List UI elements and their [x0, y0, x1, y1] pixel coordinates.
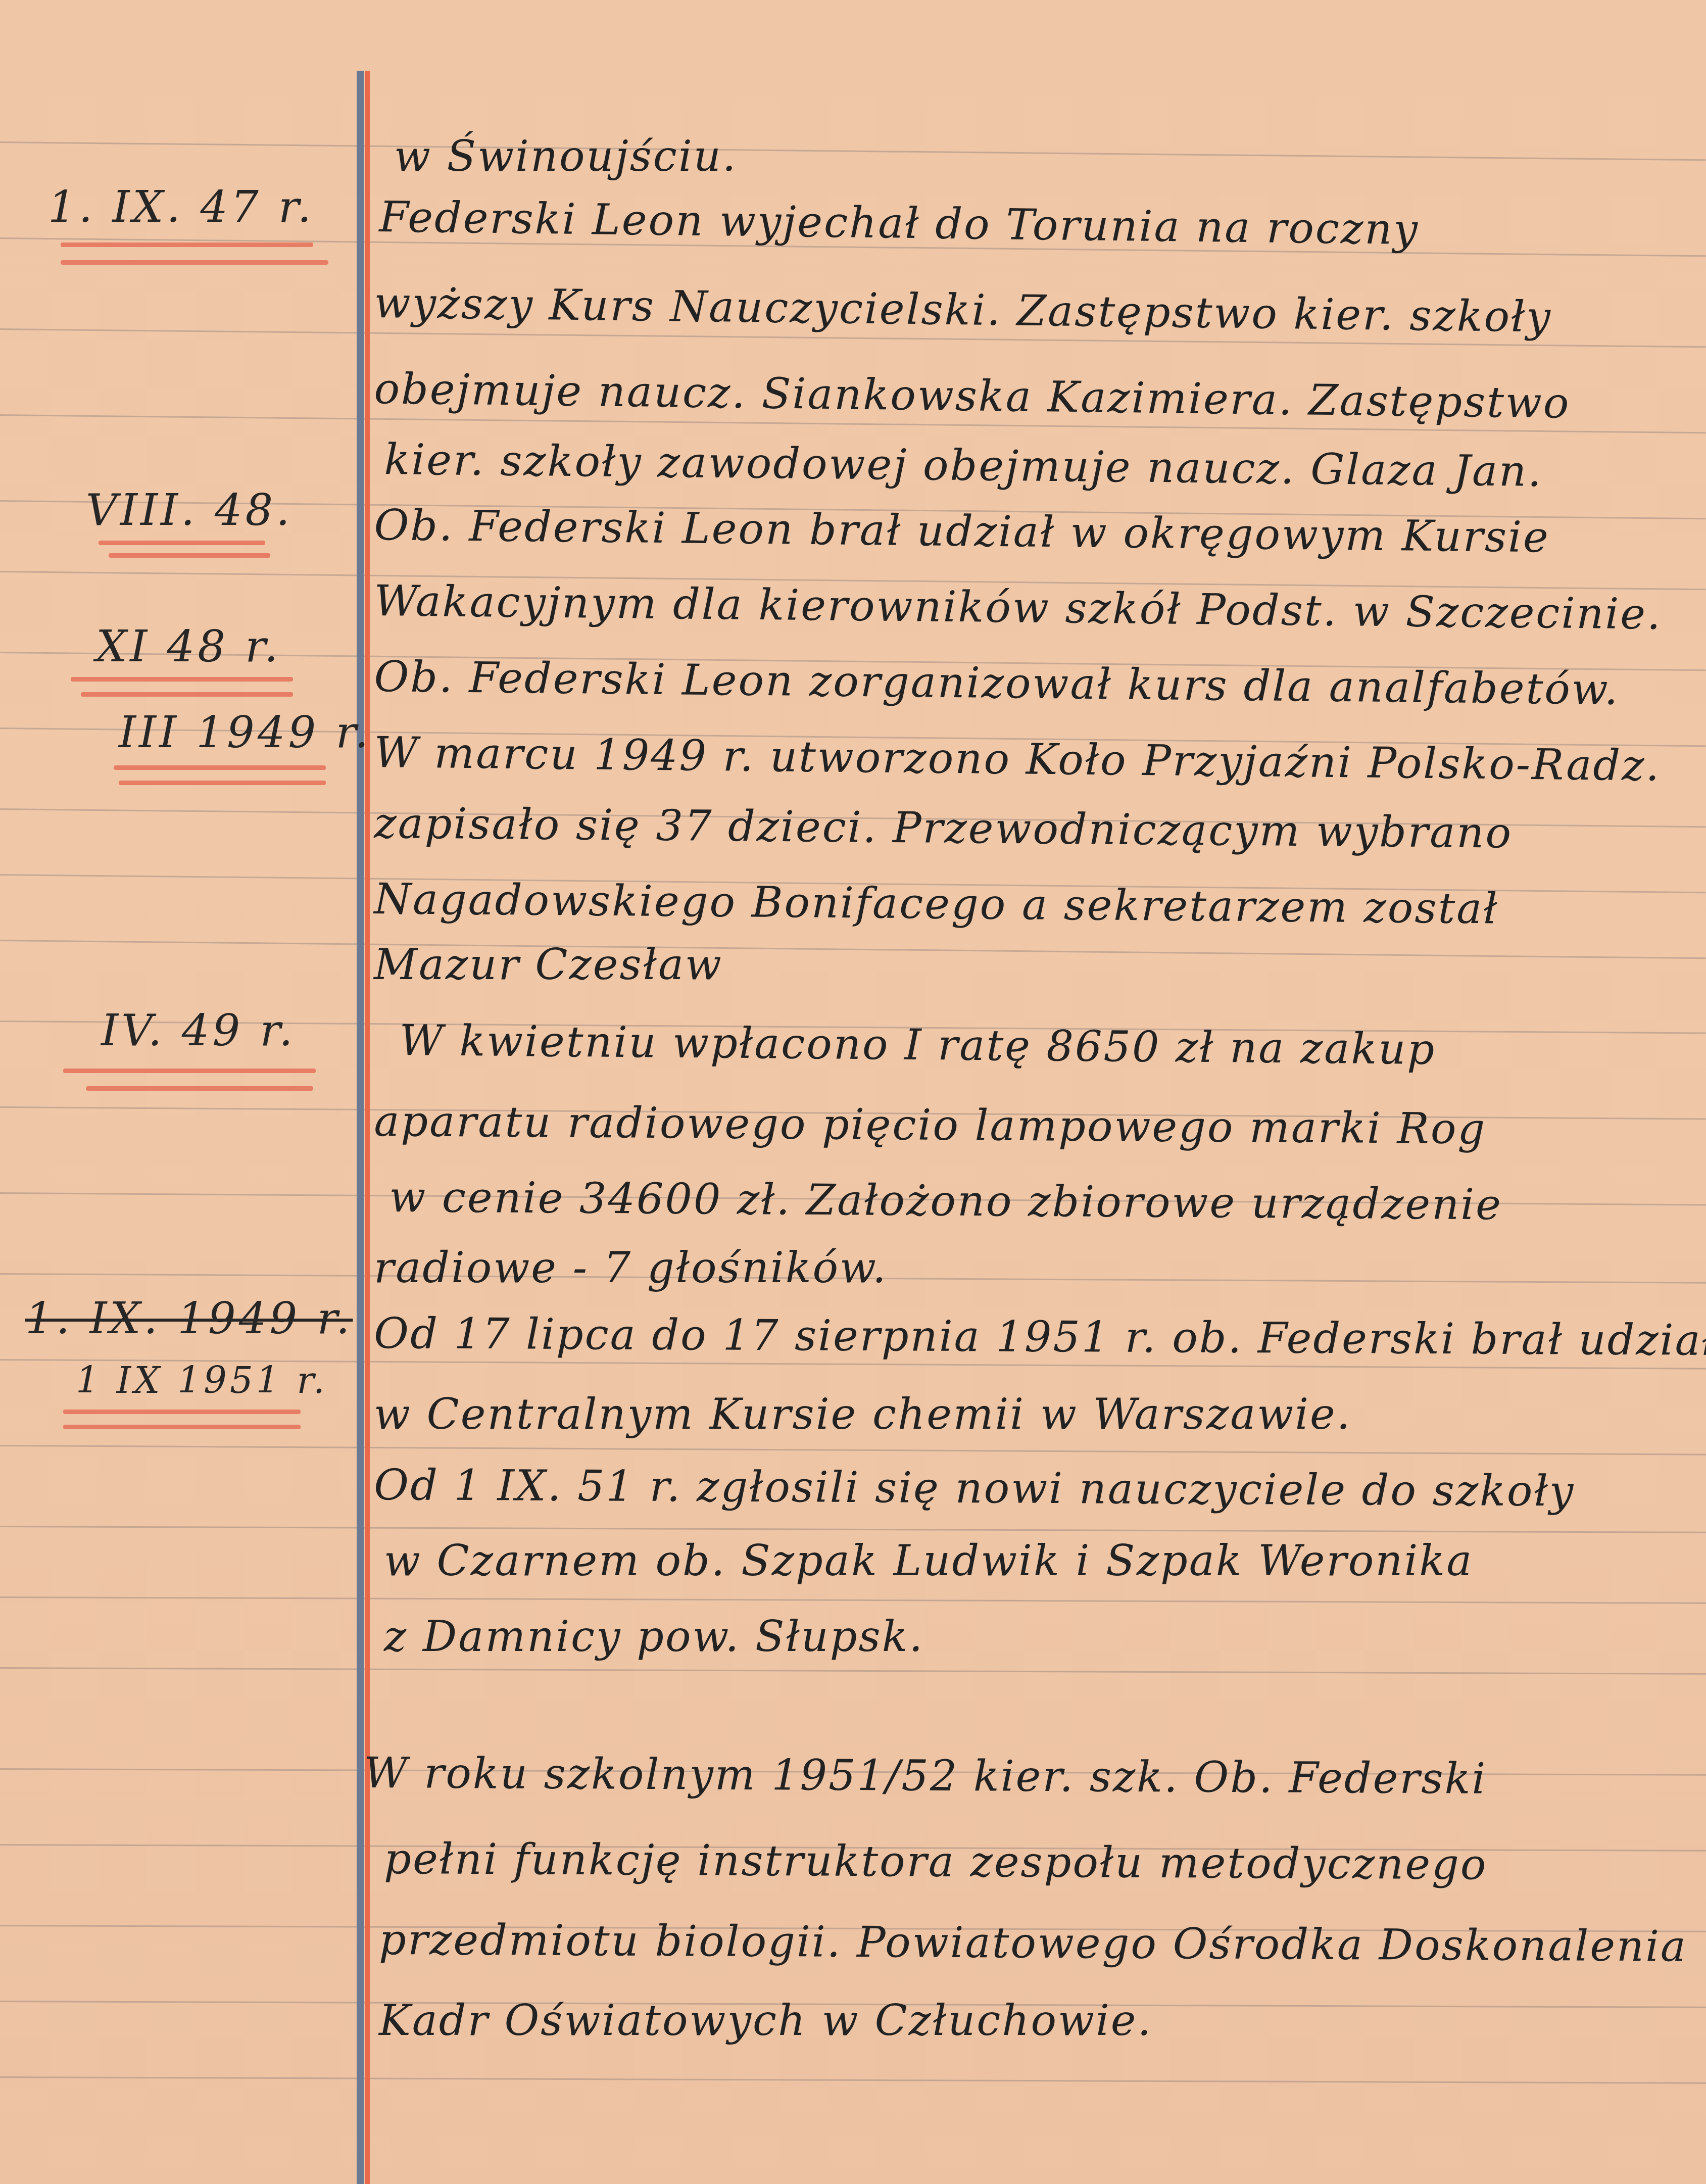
ruled-line — [0, 1445, 1706, 1455]
margin-date: 1. IX. 47 r. — [48, 182, 314, 232]
ruled-line — [0, 940, 1706, 959]
date-underline — [61, 242, 313, 247]
text-line: w Świnoujściu. — [394, 131, 738, 181]
date-underline — [63, 1410, 301, 1414]
text-line: W marcu 1949 r. utworzono Koło Przyjaźni… — [374, 727, 1661, 791]
margin-rule-red — [365, 71, 370, 2184]
text-line: w cenie 34600 zł. Założono zbiorowe urzą… — [389, 1172, 1502, 1229]
margin-rule-blue — [357, 71, 364, 2184]
margin-date: VIII. 48. — [86, 485, 293, 536]
date-underline — [114, 765, 326, 770]
margin-date: 1 IX 1951 r. — [76, 1359, 328, 1401]
ruled-line — [0, 141, 1706, 161]
text-line: W kwietniu wpłacono I ratę 8650 zł na za… — [399, 1015, 1436, 1074]
date-underline — [109, 553, 270, 558]
text-line: Kadr Oświatowych w Człuchowie. — [379, 1996, 1152, 2045]
margin-date: XI 48 r. — [96, 621, 281, 672]
text-line: przedmiotu biologii. Powiatowego Ośrodka… — [379, 1915, 1687, 1971]
text-line: Od 17 lipca do 17 sierpnia 1951 r. ob. F… — [374, 1308, 1706, 1365]
date-underline — [99, 541, 265, 545]
text-line: wyższy Kurs Nauczycielski. Zastępstwo ki… — [374, 278, 1552, 342]
text-line: Mazur Czesław — [374, 940, 723, 989]
text-line: Ob. Federski Leon zorganizował kurs dla … — [374, 652, 1620, 714]
ruled-line — [0, 1667, 1706, 1675]
text-line: kier. szkoły zawodowej obejmuje naucz. G… — [384, 434, 1543, 496]
text-line: z Damnicy pow. Słupsk. — [384, 1612, 924, 1661]
margin-date: III 1949 r. — [119, 707, 371, 758]
text-line: Wakacyjnym dla kierowników szkół Podst. … — [374, 576, 1662, 639]
text-line: Od 1 IX. 51 r. zgłosili się nowi nauczyc… — [374, 1460, 1575, 1516]
date-underline — [63, 1069, 316, 1073]
text-line: radiowe - 7 głośników. — [374, 1243, 888, 1292]
date-underline — [71, 677, 293, 682]
date-underline — [61, 260, 328, 265]
date-underline — [63, 1425, 301, 1429]
ruled-line — [0, 2076, 1706, 2084]
text-line: W roku szkolnym 1951/52 kier. szk. Ob. F… — [364, 1748, 1487, 1804]
text-line: Nagadowskiego Bonifacego a sekretarzem z… — [374, 874, 1499, 933]
date-underline — [119, 781, 326, 785]
text-line: w Centralnym Kursie chemii w Warszawie. — [374, 1389, 1351, 1439]
text-line: Federski Leon wyjechał do Torunia na roc… — [379, 192, 1419, 254]
text-line: w Czarnem ob. Szpak Ludwik i Szpak Weron… — [384, 1536, 1473, 1585]
text-line: zapisało się 37 dzieci. Przewodniczącym … — [374, 798, 1513, 858]
margin-date: IV. 49 r. — [101, 1005, 296, 1056]
text-line: Ob. Federski Leon brał udział w okręgowy… — [374, 500, 1550, 562]
margin-date-struck: 1. IX. 1949 r. — [25, 1293, 353, 1344]
text-line: obejmuje naucz. Siankowska Kazimiera. Za… — [374, 364, 1571, 428]
notebook-page: 1. IX. 47 r. VIII. 48. XI 48 r. III 1949… — [0, 0, 1706, 2184]
text-line: pełni funkcję instruktora zespołu metody… — [384, 1834, 1488, 1889]
date-underline — [86, 1086, 313, 1091]
text-line: aparatu radiowego pięcio lampowego marki… — [374, 1096, 1487, 1153]
ruled-line — [0, 1596, 1706, 1604]
ruled-line — [0, 1526, 1706, 1533]
date-underline — [81, 692, 293, 697]
